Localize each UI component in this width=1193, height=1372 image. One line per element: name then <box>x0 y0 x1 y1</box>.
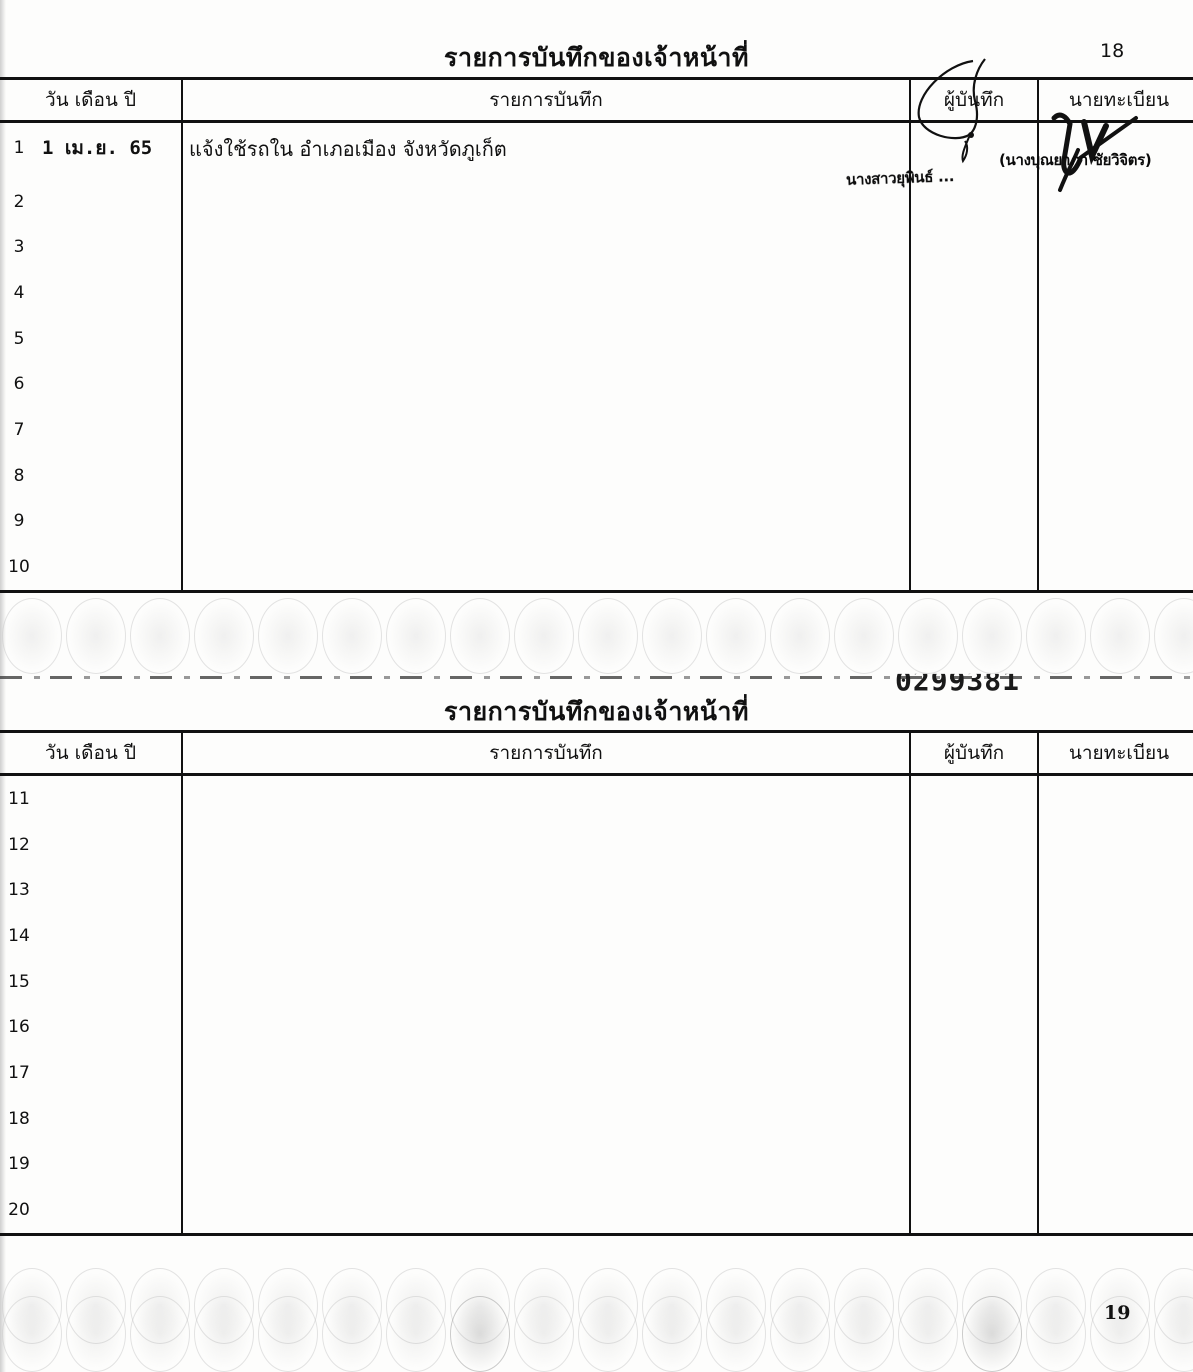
cell-date: 4 <box>0 270 182 316</box>
entry-date: 1 เม.ย. 65 <box>42 133 152 163</box>
cell-recorder <box>910 316 1038 362</box>
watermark-emblem-icon <box>962 1296 1022 1372</box>
row-number: 18 <box>4 1109 34 1129</box>
cell-entry <box>182 361 910 407</box>
cell-registrar <box>1038 1142 1193 1188</box>
table-row: 16 <box>0 1004 1193 1050</box>
table-row: 18 <box>0 1096 1193 1142</box>
entry-text <box>183 1152 189 1176</box>
cell-registrar <box>1038 1004 1193 1050</box>
row-number: 3 <box>4 237 34 257</box>
entry-text <box>183 878 189 902</box>
entry-text <box>183 924 189 948</box>
cell-date: 14 <box>0 913 182 959</box>
table-header-row: วัน เดือน ปี รายการบันทึก ผู้บันทึก นายท… <box>0 79 1193 122</box>
entry-text <box>183 555 189 579</box>
column-header-date: วัน เดือน ปี <box>0 79 182 122</box>
watermark-emblem-icon <box>450 598 510 674</box>
cell-recorder <box>910 1050 1038 1096</box>
row-number: 13 <box>4 880 34 900</box>
column-header-entry: รายการบันทึก <box>182 732 910 775</box>
cell-entry <box>182 775 910 822</box>
row-number: 17 <box>4 1063 34 1083</box>
table-row: 5 <box>0 316 1193 362</box>
cell-date: 20 <box>0 1187 182 1234</box>
cell-date: 7 <box>0 407 182 453</box>
entry-text: แจ้งใช้รถใน อำเภอเมือง จังหวัดภูเก็ต <box>183 137 507 161</box>
watermark-emblem-icon <box>578 1296 638 1372</box>
cell-recorder <box>910 499 1038 545</box>
watermark-emblem-icon <box>2 598 62 674</box>
entry-text <box>183 787 189 811</box>
cell-recorder <box>910 224 1038 270</box>
watermark-emblem-icon <box>322 598 382 674</box>
page-number-bottom: 19 <box>1104 1302 1130 1324</box>
table-row: 13 <box>0 867 1193 913</box>
cell-entry <box>182 913 910 959</box>
table-row: 3 <box>0 224 1193 270</box>
row-number: 4 <box>4 283 34 303</box>
row-number: 10 <box>4 557 34 577</box>
watermark-emblem-icon <box>706 1296 766 1372</box>
cell-recorder <box>910 1187 1038 1234</box>
column-header-recorder: ผู้บันทึก <box>910 732 1038 775</box>
row-number: 1 <box>4 138 34 158</box>
cell-date: 19 <box>0 1142 182 1188</box>
cell-entry <box>182 407 910 453</box>
watermark-emblem-icon <box>514 1296 574 1372</box>
watermark-emblem-icon <box>642 598 702 674</box>
cell-registrar <box>1038 544 1193 591</box>
entry-text <box>183 190 189 214</box>
page-title-top: รายการบันทึกของเจ้าหน้าที่ <box>0 38 1193 78</box>
cell-entry <box>182 179 910 225</box>
cell-date: 8 <box>0 453 182 499</box>
cell-registrar <box>1038 499 1193 545</box>
table-row: 14 <box>0 913 1193 959</box>
entry-text <box>183 1198 189 1222</box>
table-row: 17 <box>0 1050 1193 1096</box>
watermark-emblem-icon <box>386 598 446 674</box>
table-row: 11 <box>0 775 1193 822</box>
watermark-emblem-icon <box>194 598 254 674</box>
column-header-recorder: ผู้บันทึก <box>910 79 1038 122</box>
row-number: 2 <box>4 192 34 212</box>
recorder-name-stamp: นางสาวยุพินธ์ ... <box>846 164 955 192</box>
cell-date: 10 <box>0 544 182 591</box>
entry-text <box>183 327 189 351</box>
cell-registrar <box>1038 361 1193 407</box>
watermark-emblem-icon <box>578 598 638 674</box>
cell-registrar <box>1038 270 1193 316</box>
watermark-emblem-icon <box>834 1296 894 1372</box>
cell-entry <box>182 316 910 362</box>
table-row: 19 <box>0 1142 1193 1188</box>
cell-registrar <box>1038 1096 1193 1142</box>
cell-recorder <box>910 913 1038 959</box>
records-body-top: 11 เม.ย. 65แจ้งใช้รถใน อำเภอเมือง จังหวั… <box>0 122 1193 592</box>
cell-entry <box>182 1142 910 1188</box>
column-header-registrar: นายทะเบียน <box>1038 732 1193 775</box>
cell-entry <box>182 453 910 499</box>
cell-date: 3 <box>0 224 182 270</box>
entry-text <box>183 372 189 396</box>
cell-entry: แจ้งใช้รถใน อำเภอเมือง จังหวัดภูเก็ต <box>182 122 910 179</box>
watermark-emblem-icon <box>514 598 574 674</box>
cell-registrar <box>1038 1050 1193 1096</box>
cell-recorder <box>910 1096 1038 1142</box>
cell-recorder <box>910 361 1038 407</box>
column-header-date: วัน เดือน ปี <box>0 732 182 775</box>
watermark-emblem-icon <box>1154 1296 1193 1372</box>
row-number: 12 <box>4 835 34 855</box>
records-body-bottom: 11121314151617181920 <box>0 775 1193 1235</box>
page-number-top: 18 <box>1100 40 1124 62</box>
watermark-emblem-icon <box>898 598 958 674</box>
row-number: 16 <box>4 1017 34 1037</box>
cell-entry <box>182 1050 910 1096</box>
entry-text <box>183 970 189 994</box>
row-number: 8 <box>4 466 34 486</box>
entry-text <box>183 509 189 533</box>
watermark-emblem-icon <box>770 1296 830 1372</box>
cell-date: 9 <box>0 499 182 545</box>
watermark-emblem-icon <box>130 598 190 674</box>
cell-recorder <box>910 1142 1038 1188</box>
cell-registrar <box>1038 959 1193 1005</box>
cell-date: 18 <box>0 1096 182 1142</box>
cell-date: 11 เม.ย. 65 <box>0 122 182 179</box>
cell-registrar <box>1038 224 1193 270</box>
records-table-bottom: วัน เดือน ปี รายการบันทึก ผู้บันทึก นายท… <box>0 730 1193 1236</box>
cell-date: 13 <box>0 867 182 913</box>
cell-registrar <box>1038 867 1193 913</box>
entry-text <box>183 281 189 305</box>
watermark-emblem-icon <box>258 1296 318 1372</box>
column-header-registrar: นายทะเบียน <box>1038 79 1193 122</box>
cell-recorder <box>910 822 1038 868</box>
watermark-pattern-icon <box>0 1296 1193 1372</box>
watermark-emblem-icon <box>834 598 894 674</box>
page-title-bottom: รายการบันทึกของเจ้าหน้าที่ <box>0 692 1193 732</box>
cell-entry <box>182 270 910 316</box>
row-number: 11 <box>4 789 34 809</box>
cell-registrar <box>1038 822 1193 868</box>
watermark-emblem-icon <box>66 598 126 674</box>
cell-recorder <box>910 270 1038 316</box>
entry-text <box>183 1107 189 1131</box>
watermark-emblem-icon <box>706 598 766 674</box>
watermark-emblem-icon <box>642 1296 702 1372</box>
cell-recorder <box>910 453 1038 499</box>
cell-entry <box>182 1096 910 1142</box>
cell-date: 6 <box>0 361 182 407</box>
cell-entry <box>182 1004 910 1050</box>
entry-text <box>183 1061 189 1085</box>
cell-recorder <box>910 1004 1038 1050</box>
watermark-emblem-icon <box>194 1296 254 1372</box>
entry-text <box>183 833 189 857</box>
row-number: 15 <box>4 972 34 992</box>
cell-registrar <box>1038 179 1193 225</box>
cell-entry <box>182 822 910 868</box>
table-row: 4 <box>0 270 1193 316</box>
watermark-emblem-icon <box>258 598 318 674</box>
row-number: 20 <box>4 1200 34 1220</box>
cell-recorder <box>910 407 1038 453</box>
cell-entry <box>182 1187 910 1234</box>
cell-date: 5 <box>0 316 182 362</box>
cell-registrar <box>1038 775 1193 822</box>
cell-registrar <box>1038 316 1193 362</box>
cell-recorder <box>910 867 1038 913</box>
watermark-emblem-icon <box>1090 598 1150 674</box>
column-header-entry: รายการบันทึก <box>182 79 910 122</box>
entry-text <box>183 464 189 488</box>
cell-entry <box>182 544 910 591</box>
row-number: 7 <box>4 420 34 440</box>
watermark-emblem-icon <box>322 1296 382 1372</box>
table-row: 10 <box>0 544 1193 591</box>
table-row: 8 <box>0 453 1193 499</box>
row-number: 6 <box>4 374 34 394</box>
cell-entry <box>182 959 910 1005</box>
table-row: 20 <box>0 1187 1193 1234</box>
cell-entry <box>182 499 910 545</box>
table-header-row: วัน เดือน ปี รายการบันทึก ผู้บันทึก นายท… <box>0 732 1193 775</box>
table-row: 7 <box>0 407 1193 453</box>
row-number: 19 <box>4 1154 34 1174</box>
cell-registrar <box>1038 913 1193 959</box>
entry-text <box>183 235 189 259</box>
cell-recorder <box>910 959 1038 1005</box>
cell-registrar <box>1038 1187 1193 1234</box>
table-row: 2 <box>0 179 1193 225</box>
cell-date: 17 <box>0 1050 182 1096</box>
registrar-name-stamp: (นางบุณยาภา ชัยวิจิตร) <box>999 148 1151 172</box>
table-row: 6 <box>0 361 1193 407</box>
cell-entry <box>182 224 910 270</box>
row-number: 14 <box>4 926 34 946</box>
entry-text <box>183 418 189 442</box>
watermark-emblem-icon <box>386 1296 446 1372</box>
cell-date: 16 <box>0 1004 182 1050</box>
watermark-emblem-icon <box>962 598 1022 674</box>
cell-date: 15 <box>0 959 182 1005</box>
watermark-emblem-icon <box>1026 1296 1086 1372</box>
watermark-emblem-icon <box>130 1296 190 1372</box>
table-row: 9 <box>0 499 1193 545</box>
watermark-emblem-icon <box>1154 598 1193 674</box>
cell-recorder <box>910 544 1038 591</box>
table-row: 15 <box>0 959 1193 1005</box>
cell-date: 11 <box>0 775 182 822</box>
watermark-emblem-icon <box>2 1296 62 1372</box>
row-number: 9 <box>4 511 34 531</box>
watermark-emblem-icon <box>1026 598 1086 674</box>
cell-registrar <box>1038 407 1193 453</box>
cell-entry <box>182 867 910 913</box>
watermark-emblem-icon <box>770 598 830 674</box>
watermark-emblem-icon <box>898 1296 958 1372</box>
watermark-emblem-icon <box>66 1296 126 1372</box>
watermark-pattern-icon <box>0 598 1193 678</box>
cell-registrar <box>1038 453 1193 499</box>
table-row: 12 <box>0 822 1193 868</box>
watermark-emblem-icon <box>450 1296 510 1372</box>
cell-recorder <box>910 775 1038 822</box>
cell-date: 12 <box>0 822 182 868</box>
cell-date: 2 <box>0 179 182 225</box>
entry-text <box>183 1015 189 1039</box>
row-number: 5 <box>4 329 34 349</box>
